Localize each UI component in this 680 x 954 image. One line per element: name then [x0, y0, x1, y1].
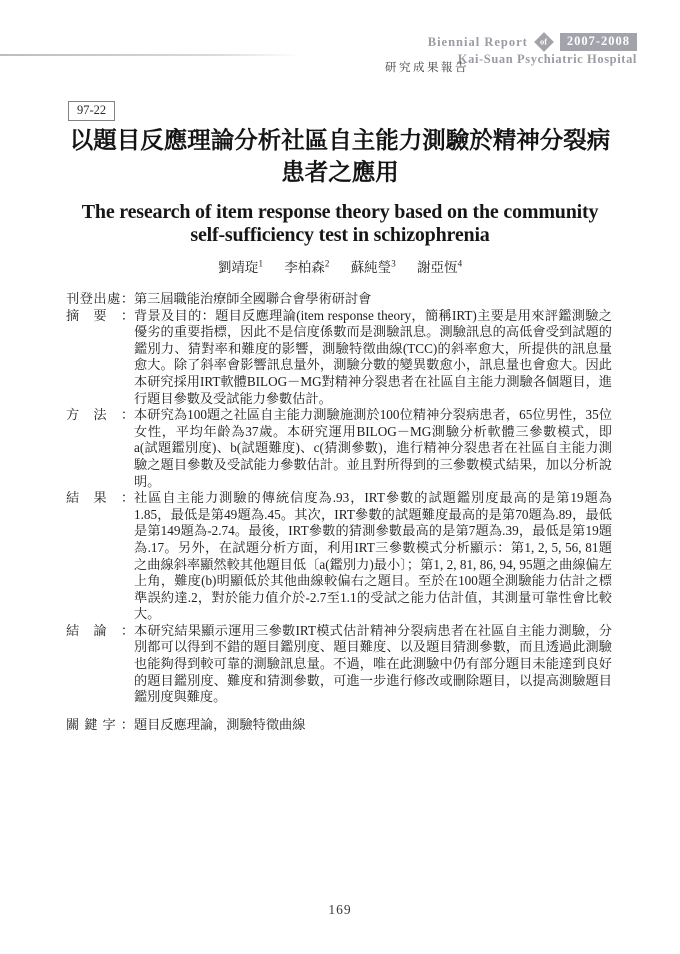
author: 李柏森2 — [284, 260, 329, 275]
article-title-en-line1: The research of item response theory bas… — [40, 201, 640, 224]
author: 劉靖琁1 — [218, 260, 263, 275]
keywords-text: 題目反應理論，測驗特徵曲線 — [134, 717, 612, 734]
section-text: 本研究結果顯示運用三參數IRT模式估計精神分裂病患者在社區自主能力測驗，分別都可… — [134, 623, 612, 706]
document-page: { "header": { "report_title": "Biennial … — [0, 0, 680, 954]
section-publication-venue: 刊登出處： 第三屆職能治療師全國聯合會學術研討會 — [66, 291, 612, 308]
section-results: 結果： 社區自主能力測驗的傳統信度為.93，IRT參數的試題鑑別度最高的是第19… — [66, 490, 612, 623]
section-label: 摘要： — [66, 308, 134, 325]
article-title-zh: 以題目反應理論分析社區自主能力測驗於精神分裂病 患者之應用 — [40, 124, 640, 188]
section-text: 本研究為100題之社區自主能力測驗施測於100位精神分裂病患者，65位男性，35… — [134, 407, 612, 490]
section-keywords: 關鍵字： 題目反應理論，測驗特徵曲線 — [66, 717, 612, 734]
years-badge: 2007-2008 — [560, 33, 637, 51]
article-title-en: The research of item response theory bas… — [40, 201, 640, 247]
section-text: 背景及目的：題目反應理論(item response theory，簡稱IRT)… — [134, 308, 612, 408]
author-affiliation-sup: 1 — [258, 259, 263, 269]
author-affiliation-sup: 3 — [391, 259, 396, 269]
article-title-en-line2: self-sufficiency test in schizophrenia — [40, 224, 640, 247]
section-label: 方法： — [66, 407, 134, 424]
report-title: Biennial Report — [428, 35, 528, 50]
page-number: 169 — [0, 902, 680, 918]
section-conclusion: 結論： 本研究結果顯示運用三參數IRT模式估計精神分裂病患者在社區自主能力測驗，… — [66, 623, 612, 706]
section-label: 刊登出處： — [66, 291, 134, 308]
author-name: 劉靖琁 — [218, 260, 259, 275]
abstract-body: 刊登出處： 第三屆職能治療師全國聯合會學術研討會 摘要： 背景及目的：題目反應理… — [66, 291, 612, 733]
article-title-zh-line1: 以題目反應理論分析社區自主能力測驗於精神分裂病 — [40, 124, 640, 156]
section-methods: 方法： 本研究為100題之社區自主能力測驗施測於100位精神分裂病患者，65位男… — [66, 407, 612, 490]
author-name: 李柏森 — [284, 260, 325, 275]
article-code-badge: 97-22 — [68, 101, 115, 121]
section-label: 結論： — [66, 623, 134, 640]
section-abstract: 摘要： 背景及目的：題目反應理論(item response theory，簡稱… — [66, 308, 612, 408]
keywords-label: 關鍵字： — [66, 717, 134, 734]
author: 蘇純瑩3 — [351, 260, 396, 275]
author-affiliation-sup: 4 — [458, 259, 463, 269]
section-text: 第三屆職能治療師全國聯合會學術研討會 — [134, 291, 612, 308]
section-text: 社區自主能力測驗的傳統信度為.93，IRT參數的試題鑑別度最高的是第19題為1.… — [134, 490, 612, 623]
of-diamond-icon: of — [534, 32, 554, 52]
author: 謝亞恆4 — [417, 260, 462, 275]
of-badge-label: of — [540, 38, 547, 47]
authors-line: 劉靖琁1 李柏森2 蘇純瑩3 謝亞恆4 — [40, 256, 640, 276]
author-affiliation-sup: 2 — [325, 259, 330, 269]
section-label: 結果： — [66, 490, 134, 507]
header-divider-line — [0, 54, 300, 56]
author-name: 謝亞恆 — [417, 260, 458, 275]
report-section-tag: 研究成果報告 — [385, 59, 469, 75]
author-name: 蘇純瑩 — [351, 260, 392, 275]
article-title-zh-line2: 患者之應用 — [40, 156, 640, 188]
